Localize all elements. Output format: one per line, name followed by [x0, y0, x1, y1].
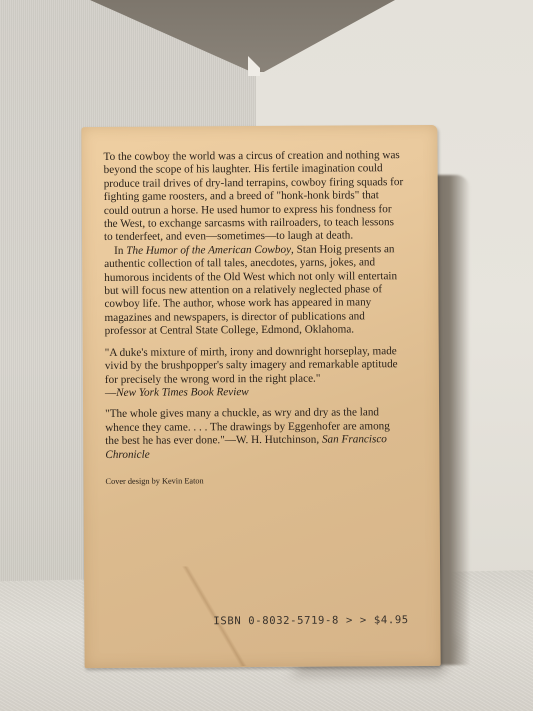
blurb-paragraph-2: In The Humor of the American Cowboy, Sta…: [104, 243, 405, 339]
blurb-text: To the cowboy the world was a circus of …: [103, 149, 405, 487]
photo-scene: To the cowboy the world was a circus of …: [0, 0, 533, 711]
paragraph-prefix: In: [114, 245, 126, 257]
cover-credit: Cover design by Kevin Eaton: [105, 474, 405, 487]
book-title: The Humor of the American Cowboy: [126, 244, 291, 257]
quote-dash: —: [105, 387, 116, 399]
blurb-paragraph-1: To the cowboy the world was a circus of …: [103, 149, 404, 245]
isbn-price-line: ISBN 0-8032-5719-8 > > $4.95: [213, 614, 408, 627]
quote-text: "A duke's mixture of mirth, irony and do…: [105, 345, 398, 386]
paragraph-rest: , Stan Hoig presents an authentic collec…: [104, 243, 397, 337]
review-quote-2: "The whole gives many a chuckle, as wry …: [105, 406, 405, 461]
review-quote-1: "A duke's mixture of mirth, irony and do…: [105, 345, 405, 400]
quote-source: New York Times Book Review: [116, 386, 249, 399]
book-back-cover: To the cowboy the world was a circus of …: [81, 125, 440, 668]
